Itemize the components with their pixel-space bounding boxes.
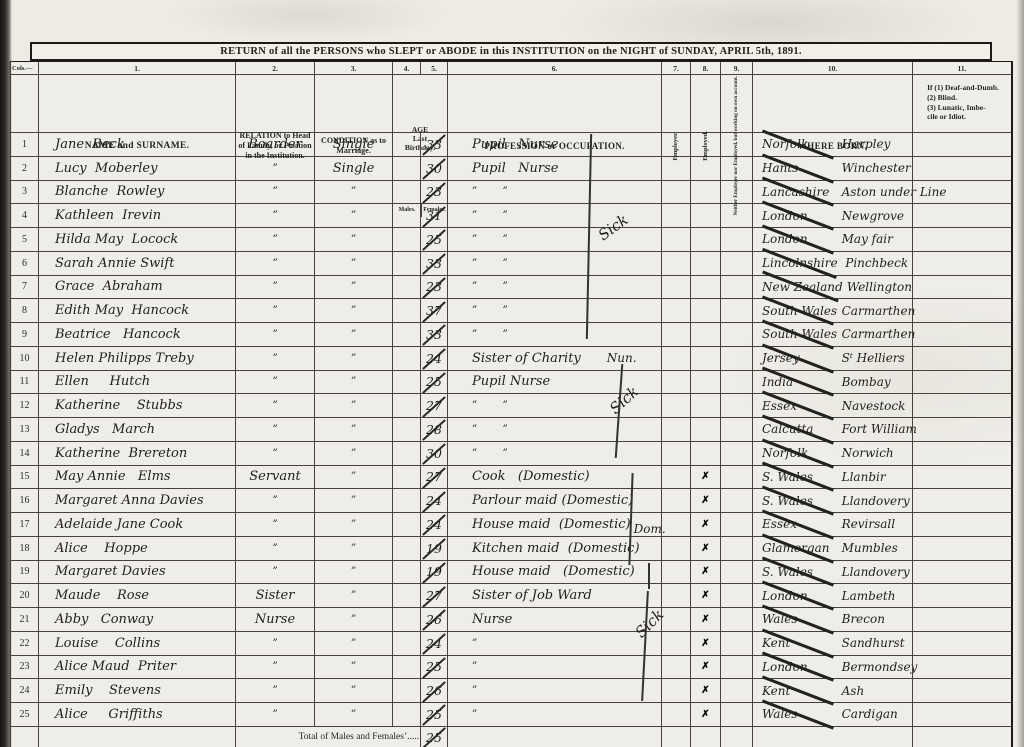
age-males-cell: [392, 228, 420, 251]
occupation-cell: ”: [447, 703, 661, 726]
where-born-cell: Lincolnshire Pinchbeck: [752, 252, 912, 275]
record-row: 25Alice Griffiths””25”✗Wales Cardigan: [11, 703, 1011, 727]
relation-cell: Boarder: [235, 133, 314, 156]
born-county: London: [762, 589, 834, 603]
age-females-cell: 33: [420, 323, 447, 346]
employed-cell: ✗: [690, 632, 720, 655]
occupation-cell: Sister of CharityNun.: [447, 347, 661, 370]
relation-cell: ”: [235, 679, 314, 702]
relation-cell: ”: [235, 561, 314, 584]
infirmities-cell: [912, 513, 1011, 536]
age-females-cell: 25: [420, 228, 447, 251]
occupation-text: Pupil Nurse: [472, 161, 558, 176]
row-number: 11: [11, 371, 38, 394]
col-number-1: 1.: [38, 62, 235, 74]
name-cell: Edith May Hancock: [38, 299, 235, 322]
occupation-cell: ”: [447, 679, 661, 702]
occupation-cell: Nurse: [447, 608, 661, 631]
employer-cell: [661, 513, 690, 536]
age-males-cell: [392, 537, 420, 560]
employer-cell: [661, 299, 690, 322]
record-row: 5Hilda May Locock””25” ”London May fair: [11, 228, 1011, 252]
where-born-cell: South Wales Carmarthen: [752, 323, 912, 346]
row-number: 7: [11, 276, 38, 299]
record-row: 13Gladys March””28” ”Calcutta Fort Willi…: [11, 418, 1011, 442]
born-place: Wellington: [839, 280, 912, 294]
record-row: 10Helen Philipps Treby””24Sister of Char…: [11, 347, 1011, 371]
neither-cell: [720, 276, 752, 299]
born-county: S. Wales: [762, 494, 834, 508]
record-row: 1Jane BeckBoarderSingle33Pupil NurseNorf…: [11, 133, 1011, 157]
occupation-cell: Parlour maid (Domestic): [447, 489, 661, 512]
row-number: 18: [11, 537, 38, 560]
neither-cell: [720, 608, 752, 631]
occupation-cell: ”: [447, 656, 661, 679]
employer-cell: [661, 394, 690, 417]
name-cell: Grace Abraham: [38, 276, 235, 299]
relation-cell: ”: [235, 204, 314, 227]
neither-cell: [720, 157, 752, 180]
condition-cell: ”: [314, 632, 392, 655]
name-cell: Alice Maud Priter: [38, 656, 235, 679]
condition-cell: ”: [314, 252, 392, 275]
born-place: Mumbles: [834, 541, 898, 555]
infirmities-cell: [912, 489, 1011, 512]
neither-cell: [720, 347, 752, 370]
total-fill-born: [752, 727, 912, 747]
total-fill-emp1: [661, 727, 690, 747]
age-males-cell: [392, 181, 420, 204]
infirmities-cell: [912, 418, 1011, 441]
age-females-cell: 27: [420, 394, 447, 417]
age-males-cell: [392, 632, 420, 655]
employed-cell: ✗: [690, 679, 720, 702]
born-place: Navestock: [834, 399, 905, 413]
born-place: Sᵗ Helliers: [834, 351, 905, 365]
born-place: Bombay: [834, 375, 891, 389]
condition-cell: ”: [314, 608, 392, 631]
condition-cell: Single: [314, 157, 392, 180]
row-number: 5: [11, 228, 38, 251]
occupation-text: ” ”: [472, 400, 508, 411]
where-born-cell: Essex Navestock: [752, 394, 912, 417]
occupation-cell: Sister of Job Ward: [447, 584, 661, 607]
age-females-cell: 23: [420, 181, 447, 204]
name-cell: Margaret Anna Davies: [38, 489, 235, 512]
occupation-text: ” ”: [472, 234, 508, 245]
born-county: Calcutta: [762, 422, 834, 436]
occupation-cell: ” ”: [447, 323, 661, 346]
infirmities-cell: [912, 584, 1011, 607]
record-row: 6Sarah Annie Swift””33” ”Lincolnshire Pi…: [11, 252, 1011, 276]
total-label: Total of Males and Females’.....: [235, 727, 420, 747]
employed-cell: [690, 204, 720, 227]
occupation-text: Sister of Charity: [472, 351, 581, 366]
born-county: London: [762, 660, 834, 674]
age-males-cell: [392, 204, 420, 227]
occupation-text: Sister of Job Ward: [472, 588, 592, 603]
relation-cell: ”: [235, 537, 314, 560]
born-place: Norwich: [834, 446, 894, 460]
condition-cell: ”: [314, 394, 392, 417]
relation-cell: ”: [235, 489, 314, 512]
born-county: Essex: [762, 399, 834, 413]
infirmities-cell: [912, 157, 1011, 180]
neither-cell: [720, 394, 752, 417]
row-number: 9: [11, 323, 38, 346]
row-number: 25: [11, 703, 38, 726]
occupation-text: ” ”: [472, 305, 508, 316]
record-row: 17Adelaide Jane Cook””24House maid (Dome…: [11, 513, 1011, 537]
born-county: Lancashire: [762, 185, 834, 199]
form-title: RETURN of all the PERSONS who SLEPT or A…: [30, 42, 992, 61]
occupation-text: Parlour maid (Domestic): [472, 493, 633, 508]
employed-cell: ✗: [690, 703, 720, 726]
neither-cell: [720, 299, 752, 322]
condition-cell: ”: [314, 703, 392, 726]
age-males-cell: [392, 489, 420, 512]
employer-cell: [661, 703, 690, 726]
occupation-text: House maid (Domestic): [472, 564, 635, 579]
employed-cell: ✗: [690, 584, 720, 607]
infirmities-cell: [912, 276, 1011, 299]
employer-cell: [661, 276, 690, 299]
row-number: 8: [11, 299, 38, 322]
employed-cell: [690, 418, 720, 441]
age-males-cell: [392, 347, 420, 370]
employed-cell: [690, 347, 720, 370]
row-number: 13: [11, 418, 38, 441]
name-cell: Lucy Moberley: [38, 157, 235, 180]
condition-cell: ”: [314, 299, 392, 322]
where-born-cell: S. Wales Llanbir: [752, 466, 912, 489]
census-table: Cols.— 1. 2. 3. 4. 5. 6. 7. 8. 9. 10. 11…: [9, 61, 1013, 747]
employed-cell: [690, 133, 720, 156]
name-cell: Helen Philipps Treby: [38, 347, 235, 370]
infirmities-cell: [912, 537, 1011, 560]
born-place: Ash: [834, 684, 864, 698]
row-number: 23: [11, 656, 38, 679]
employer-cell: [661, 157, 690, 180]
occupation-text: ” ”: [472, 424, 508, 435]
condition-cell: ”: [314, 371, 392, 394]
condition-cell: ”: [314, 442, 392, 465]
row-number: 15: [11, 466, 38, 489]
occupation-cell: Pupil Nurse: [447, 157, 661, 180]
row-number: 1: [11, 133, 38, 156]
relation-cell: ”: [235, 703, 314, 726]
age-females-cell: 33: [420, 252, 447, 275]
age-females-cell: 24: [420, 632, 447, 655]
infirmities-cell: [912, 371, 1011, 394]
age-males-cell: [392, 394, 420, 417]
record-row: 24Emily Stevens””26”✗Kent Ash: [11, 679, 1011, 703]
age-males-cell: [392, 466, 420, 489]
where-born-cell: Glamorgan Mumbles: [752, 537, 912, 560]
infirmities-cell: [912, 679, 1011, 702]
employer-cell: [661, 371, 690, 394]
age-males-cell: [392, 656, 420, 679]
where-born-cell: London Lambeth: [752, 584, 912, 607]
employed-cell: [690, 157, 720, 180]
name-cell: Kathleen Irevin: [38, 204, 235, 227]
age-females-cell: 30: [420, 157, 447, 180]
age-females-cell: 25: [420, 703, 447, 726]
relation-cell: ”: [235, 347, 314, 370]
age-males-cell: [392, 513, 420, 536]
row-number: 2: [11, 157, 38, 180]
neither-cell: [720, 466, 752, 489]
employed-cell: [690, 371, 720, 394]
condition-cell: Single: [314, 133, 392, 156]
infirmities-cell: [912, 442, 1011, 465]
col-number-3: 3.: [314, 62, 392, 74]
col-number-8: 8.: [690, 62, 720, 74]
cols-label: Cols.—: [11, 62, 38, 74]
record-row: 20Maude RoseSister”27Sister of Job Ward✗…: [11, 584, 1011, 608]
condition-cell: ”: [314, 323, 392, 346]
occupation-cell: ” ”: [447, 228, 661, 251]
born-place: May fair: [834, 232, 893, 246]
where-born-cell: Lancashire Aston under Line: [752, 181, 912, 204]
age-males-cell: [392, 561, 420, 584]
occupation-text: ”: [472, 661, 477, 672]
total-fill-emp2: [690, 727, 720, 747]
born-county: S. Wales: [762, 470, 834, 484]
employer-cell: [661, 252, 690, 275]
name-cell: Louise Collins: [38, 632, 235, 655]
occupation-text: ” ”: [472, 281, 508, 292]
born-place: Pinchbeck: [838, 256, 909, 270]
employer-cell: [661, 323, 690, 346]
infirmities-cell: [912, 299, 1011, 322]
occupation-cell: ” ”: [447, 181, 661, 204]
row-number: 20: [11, 584, 38, 607]
born-place: Cardigan: [834, 707, 898, 721]
condition-cell: ”: [314, 347, 392, 370]
born-place: Llandovery: [834, 494, 910, 508]
condition-cell: ”: [314, 537, 392, 560]
record-row: 3Blanche Rowley””23” ”Lancashire Aston u…: [11, 181, 1011, 205]
age-males-cell: [392, 608, 420, 631]
record-row: 7Grace Abraham””23” ”New Zealand Welling…: [11, 276, 1011, 300]
occupation-cell: Pupil Nurse: [447, 133, 661, 156]
row-number: 21: [11, 608, 38, 631]
where-born-cell: India Bombay: [752, 371, 912, 394]
where-born-cell: London May fair: [752, 228, 912, 251]
age-females-cell: 19: [420, 537, 447, 560]
occupation-text: ” ”: [472, 210, 508, 221]
records-body: 1Jane BeckBoarderSingle33Pupil NurseNorf…: [11, 133, 1011, 727]
where-born-cell: Essex Revirsall: [752, 513, 912, 536]
age-males-cell: [392, 442, 420, 465]
age-males-cell: [392, 323, 420, 346]
relation-cell: ”: [235, 276, 314, 299]
born-place: Newgrove: [834, 209, 904, 223]
col-number-2: 2.: [235, 62, 314, 74]
column-number-row: Cols.— 1. 2. 3. 4. 5. 6. 7. 8. 9. 10. 11…: [11, 62, 1011, 75]
where-born-cell: Wales Cardigan: [752, 703, 912, 726]
occupation-text: House maid (Domestic): [472, 517, 631, 532]
age-females-cell: 25: [420, 371, 447, 394]
row-number: 19: [11, 561, 38, 584]
born-county: South Wales: [762, 327, 834, 341]
record-row: 23Alice Maud Priter””25”✗London Bermonds…: [11, 656, 1011, 680]
infirmities-cell: [912, 703, 1011, 726]
born-place: Lambeth: [834, 589, 895, 603]
employed-cell: ✗: [690, 513, 720, 536]
name-cell: Alice Hoppe: [38, 537, 235, 560]
total-females-value: 25: [420, 727, 447, 747]
employer-cell: [661, 656, 690, 679]
neither-cell: [720, 656, 752, 679]
employed-cell: ✗: [690, 466, 720, 489]
age-females-cell: 26: [420, 608, 447, 631]
table-header-row: NAME and SURNAME. RELATION to Head of Fa…: [11, 75, 1011, 133]
occupation-cell: ” ”: [447, 252, 661, 275]
record-row: 19Margaret Davies””19House maid (Domesti…: [11, 561, 1011, 585]
age-males-cell: [392, 703, 420, 726]
infirmities-cell: [912, 347, 1011, 370]
occupation-cell: ” ”: [447, 299, 661, 322]
neither-cell: [720, 679, 752, 702]
employed-cell: [690, 181, 720, 204]
occupation-text: ”: [472, 685, 477, 696]
occupation-text: Pupil Nurse: [472, 137, 558, 152]
scan-left-edge: [0, 0, 12, 747]
bracket-line-row-20: [648, 563, 650, 589]
condition-cell: ”: [314, 418, 392, 441]
total-spacer-num: [11, 727, 38, 747]
neither-cell: [720, 181, 752, 204]
relation-cell: ”: [235, 418, 314, 441]
employed-cell: ✗: [690, 537, 720, 560]
col-number-11: 11.: [912, 62, 1011, 74]
name-cell: Margaret Davies: [38, 561, 235, 584]
name-cell: Blanche Rowley: [38, 181, 235, 204]
born-county: London: [762, 209, 834, 223]
total-females-number: 25: [426, 730, 442, 745]
employed-cell: ✗: [690, 561, 720, 584]
employer-cell: [661, 466, 690, 489]
employed-cell: [690, 442, 720, 465]
relation-cell: Sister: [235, 584, 314, 607]
age-females-cell: 33: [420, 133, 447, 156]
neither-cell: [720, 513, 752, 536]
name-cell: Ellen Hutch: [38, 371, 235, 394]
infirmities-cell: [912, 632, 1011, 655]
relation-cell: ”: [235, 299, 314, 322]
name-cell: Alice Griffiths: [38, 703, 235, 726]
relation-cell: ”: [235, 656, 314, 679]
employer-cell: [661, 418, 690, 441]
total-fill-emp3: [720, 727, 752, 747]
name-cell: Hilda May Locock: [38, 228, 235, 251]
employer-cell: [661, 204, 690, 227]
born-county: Essex: [762, 517, 834, 531]
name-cell: Emily Stevens: [38, 679, 235, 702]
age-females-cell: 30: [420, 442, 447, 465]
neither-cell: [720, 442, 752, 465]
row-number: 3: [11, 181, 38, 204]
relation-cell: ”: [235, 252, 314, 275]
born-county: Kent: [762, 684, 834, 698]
infirmities-cell: [912, 656, 1011, 679]
occupation-text: ”: [472, 709, 477, 720]
employer-cell: [661, 679, 690, 702]
age-females-cell: 24: [420, 347, 447, 370]
neither-cell: [720, 418, 752, 441]
record-row: 2Lucy Moberley”Single30Pupil NurseHants …: [11, 157, 1011, 181]
row-number: 16: [11, 489, 38, 512]
employer-cell: [661, 228, 690, 251]
infirmities-cell: [912, 181, 1011, 204]
employed-cell: [690, 323, 720, 346]
where-born-cell: Jersey Sᵗ Helliers: [752, 347, 912, 370]
relation-cell: ”: [235, 323, 314, 346]
scanned-page: RETURN of all the PERSONS who SLEPT or A…: [0, 0, 1024, 747]
neither-cell: [720, 489, 752, 512]
neither-cell: [720, 252, 752, 275]
occupation-cell: ”: [447, 632, 661, 655]
age-females-cell: 24: [420, 513, 447, 536]
born-place: Llandovery: [834, 565, 910, 579]
born-place: Carmarthen: [834, 304, 915, 318]
where-born-cell: London Newgrove: [752, 204, 912, 227]
neither-cell: [720, 228, 752, 251]
occupation-text: ”: [472, 638, 477, 649]
infirmities-cell: [912, 561, 1011, 584]
neither-cell: [720, 584, 752, 607]
age-males-cell: [392, 252, 420, 275]
scan-right-edge: [1016, 0, 1024, 747]
col-number-7: 7.: [661, 62, 690, 74]
occupation-text: ” ”: [472, 258, 508, 269]
born-place: Sandhurst: [834, 636, 905, 650]
condition-cell: ”: [314, 489, 392, 512]
age-males-cell: [392, 157, 420, 180]
employer-cell: [661, 489, 690, 512]
age-males-cell: [392, 371, 420, 394]
relation-cell: ”: [235, 513, 314, 536]
employer-cell: [661, 347, 690, 370]
born-place: Fort William: [834, 422, 917, 436]
neither-cell: [720, 204, 752, 227]
condition-cell: ”: [314, 679, 392, 702]
where-born-cell: Wales Brecon: [752, 608, 912, 631]
condition-cell: ”: [314, 181, 392, 204]
born-county: India: [762, 375, 834, 389]
neither-cell: [720, 632, 752, 655]
age-females-cell: 27: [420, 466, 447, 489]
name-cell: May Annie Elms: [38, 466, 235, 489]
record-row: 22Louise Collins””24”✗Kent Sandhurst: [11, 632, 1011, 656]
name-cell: Jane Beck: [38, 133, 235, 156]
born-county: Wales: [762, 707, 834, 721]
occupation-cell: ” ”: [447, 276, 661, 299]
name-cell: Sarah Annie Swift: [38, 252, 235, 275]
row-number: 6: [11, 252, 38, 275]
total-row: Total of Males and Females’..... 25: [11, 727, 1011, 747]
employed-cell: [690, 299, 720, 322]
relation-cell: ”: [235, 228, 314, 251]
occupation-text: ” ”: [472, 329, 508, 340]
occupation-text: Cook (Domestic): [472, 469, 590, 484]
where-born-cell: Norfolk Harpley: [752, 133, 912, 156]
born-county: London: [762, 232, 834, 246]
where-born-cell: Kent Ash: [752, 679, 912, 702]
employer-cell: [661, 133, 690, 156]
